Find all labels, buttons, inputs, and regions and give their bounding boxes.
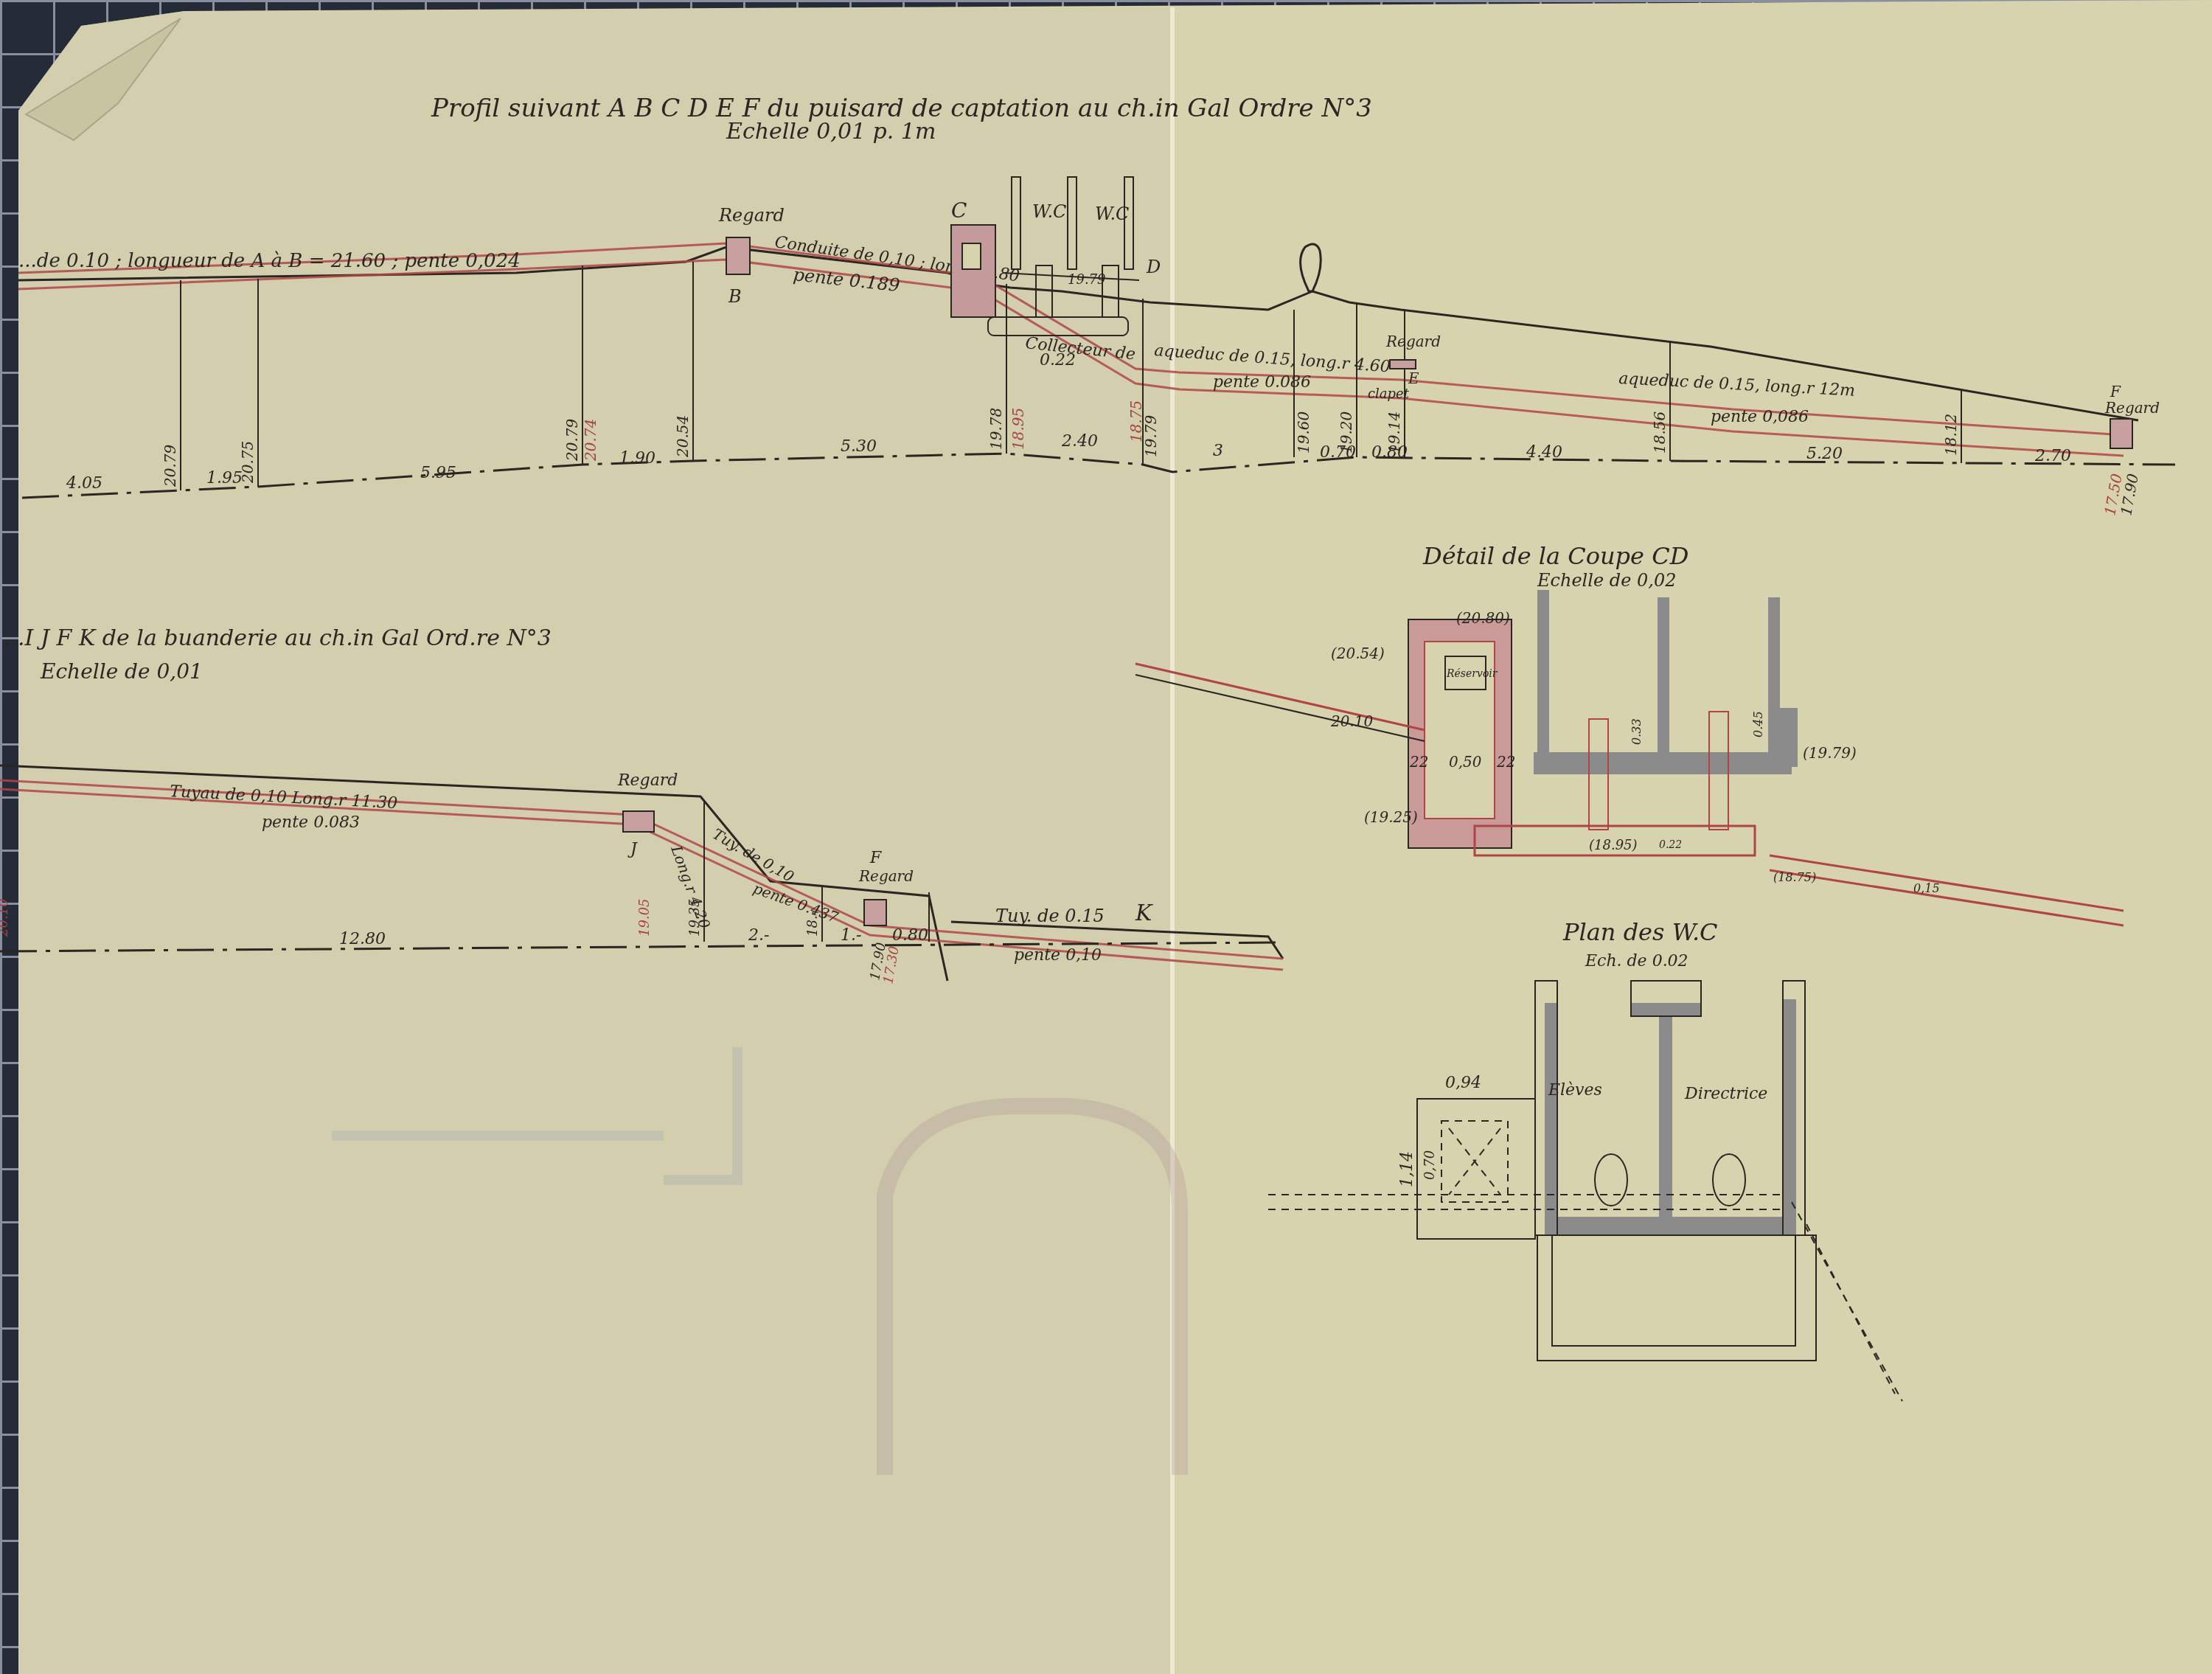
distance-label: 1.95	[206, 469, 243, 487]
ground-elevation: 18.56	[1651, 411, 1669, 454]
detail-title: Détail de la Coupe CD	[1422, 542, 1688, 570]
point-f-upper: F	[2110, 383, 2121, 400]
distance-label: 3	[1213, 442, 1223, 460]
ground-elevation: 20.75	[239, 441, 257, 484]
distance-label: 5.20	[1806, 445, 1843, 463]
regard-e-label: Regard	[1385, 333, 1441, 350]
aqueduct-de-slope: pente 0.086	[1213, 373, 1311, 392]
wc-right-label: W.C	[1095, 204, 1129, 224]
tank-width: 0,94	[1445, 1074, 1481, 1092]
regard-f-lower-label: Regard	[858, 867, 914, 885]
distance-label: 0.80	[892, 926, 928, 945]
distance-label: 12.80	[339, 930, 386, 948]
elev-top: (20.80)	[1456, 609, 1510, 627]
dim-left: 22	[1409, 753, 1428, 771]
collector-elev: (18.95)	[1589, 838, 1638, 853]
wc-left-label: W.C	[1032, 201, 1066, 222]
aqueduct-ef-slope: pente 0,086	[1711, 408, 1809, 426]
pipe-elevation: 18.75	[1127, 400, 1145, 442]
regard-f-upper-label: Regard	[2104, 399, 2160, 417]
ground-elevation: 20.54	[674, 415, 692, 458]
distance-label: 1.-	[841, 926, 861, 945]
lower-profile-title: ...I J F K de la buanderie au ch.in Gal …	[4, 625, 552, 651]
pipe-elevation: 18.95	[1009, 408, 1027, 450]
outlet-elev: (18.75)	[1773, 870, 1816, 884]
lower-profile-scale: Echelle de 0,01	[40, 659, 203, 684]
tank-depth: 1,14	[1398, 1151, 1416, 1187]
ground-elevation: 18.-	[805, 911, 821, 937]
point-e: E	[1408, 369, 1419, 387]
point-c: C	[951, 198, 967, 223]
point-d: D	[1146, 257, 1161, 277]
ground-elevation: 19.78	[987, 408, 1005, 450]
plan-scale: Ech. de 0.02	[1585, 952, 1688, 970]
regard-j-label: Regard	[617, 771, 678, 790]
collector-dim: 0.22	[1659, 839, 1682, 851]
ground-elevation: 18.12	[1942, 414, 1960, 456]
detail-scale: Echelle de 0,02	[1537, 570, 1676, 591]
regard-b-label: Regard	[718, 205, 785, 226]
reservoir-label: Réservoir	[1446, 668, 1498, 680]
ground-elevation: 19.35	[687, 898, 703, 937]
distance-label: 2.-	[748, 926, 769, 945]
elev-inlet: (20.54)	[1331, 645, 1385, 662]
elev-bottom: (19.25)	[1364, 808, 1418, 826]
collector-size: 0.22	[1040, 351, 1076, 369]
wc-floor-elev: 19.79	[1068, 272, 1106, 288]
ground-elevation: 20.79	[563, 418, 581, 462]
pipe-fk-slope: pente 0,10	[1014, 946, 1102, 965]
point-b: B	[728, 286, 742, 307]
pipe-elevation: 20.10	[0, 898, 11, 937]
distance-label: 4.40	[1526, 443, 1562, 462]
distance-label: 5.95	[420, 464, 456, 482]
segment-ab-label: ...de 0.10 ; longueur de A à B = 21.60 ;…	[18, 250, 521, 272]
room-right-label: Directrice	[1684, 1085, 1767, 1103]
distance-label: 4.05	[66, 474, 102, 493]
pipe-elevation: 20.74	[582, 419, 599, 462]
drawing-sheet: Profil suivant A B C D E F du puisard de…	[0, 0, 2212, 1674]
ground-elevation: 19.20	[1338, 411, 1355, 454]
distance-label: 1.90	[619, 449, 655, 468]
seat-height-2: 0.45	[1751, 711, 1765, 737]
pipe-fk-label: Tuy. de 0.15	[995, 906, 1105, 926]
tank-inner: 0,70	[1422, 1150, 1438, 1180]
pipe-elevation: 19.05	[637, 898, 653, 937]
dim-right: 22	[1496, 753, 1515, 771]
inlet-label: 20.10	[1330, 712, 1374, 730]
distance-label: 2.70	[2034, 447, 2071, 465]
outlet-dim: 0,15	[1913, 881, 1940, 895]
ground-elevation: 20.79	[161, 444, 179, 487]
pipe-ij-slope: pente 0.083	[262, 813, 360, 832]
ground-elevation: 19.60	[1295, 411, 1312, 454]
seat-height-1: 0.33	[1630, 718, 1644, 745]
point-f-lower: F	[869, 849, 882, 867]
distance-label: 2.40	[1061, 432, 1098, 451]
ground-elevation: 19.14	[1385, 411, 1403, 454]
room-left-label: Elèves	[1548, 1081, 1602, 1100]
distance-label: 5.30	[841, 437, 877, 456]
dim-mid: 0,50	[1449, 753, 1482, 771]
point-k: K	[1135, 900, 1153, 926]
floor-elev: (19.79)	[1803, 744, 1857, 762]
plan-title: Plan des W.C	[1562, 918, 1718, 946]
upper-profile-scale: Echelle 0,01 p. 1m	[726, 119, 936, 145]
clapet-label: clapet	[1368, 386, 1410, 402]
